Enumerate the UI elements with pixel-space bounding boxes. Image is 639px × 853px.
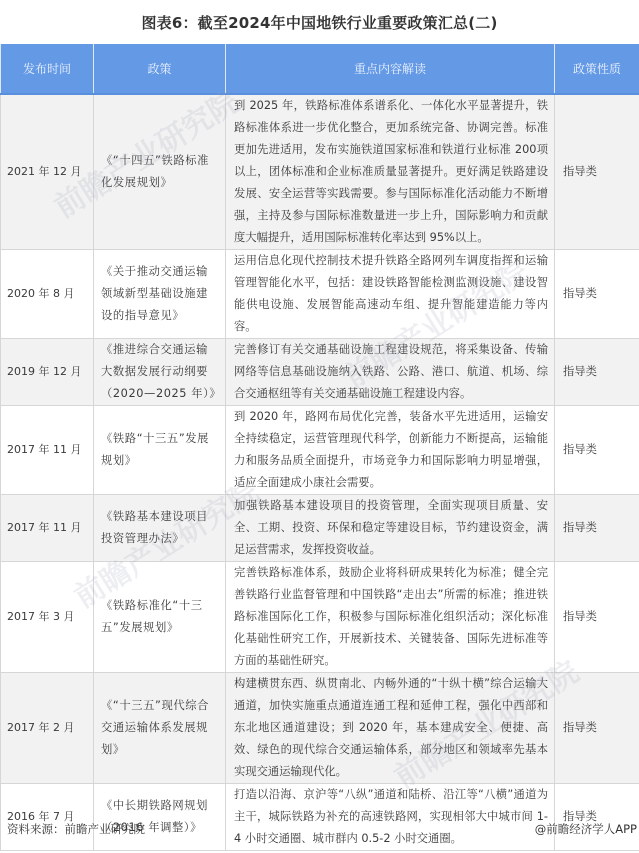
- cell-nature: 指导类: [555, 250, 639, 339]
- cell-date: 2017 年 3 月: [1, 562, 94, 673]
- cell-policy: 《关于推动交通运输领域新型基础设施建设的指导意见》: [94, 250, 226, 339]
- cell-date: 2017 年 11 月: [1, 495, 94, 562]
- header-date: 发布时间: [1, 44, 94, 94]
- table-row: 2021 年 12 月 《“十四五”铁路标准化发展规划》 到 2025 年，铁路…: [1, 94, 639, 250]
- cell-content: 构建横贯东西、纵贯南北、内畅外通的“十纵十横”综合运输大通道，加快实施重点通道连…: [226, 673, 555, 784]
- policy-table: 发布时间 政策 重点内容解读 政策性质 2021 年 12 月 《“十四五”铁路…: [0, 44, 639, 851]
- cell-content: 运用信息化现代控制技术提升铁路全路网列车调度指挥和运输管理智能化水平，包括：建设…: [226, 250, 555, 339]
- table-row: 2019 年 12 月 《推进综合交通运输大数据发展行动纲要（2020—2025…: [1, 339, 639, 406]
- table-row: 2017 年 11 月 《铁路“十三五”发展规划》 到 2020 年，路网布局优…: [1, 406, 639, 495]
- footer: 资料来源：前瞻产业研究院 @前瞻经济学人APP: [0, 815, 639, 851]
- cell-content: 到 2025 年，铁路标准体系谱系化、一体化水平显著提升，铁路标准体系进一步优化…: [226, 94, 555, 250]
- table-row: 2017 年 11 月 《铁路基本建设项目投资管理办法》 加强铁路基本建设项目的…: [1, 495, 639, 562]
- cell-content: 加强铁路基本建设项目的投资管理，全面实现项目质量、安全、工期、投资、环保和稳定等…: [226, 495, 555, 562]
- credit-note: @前瞻经济学人APP: [535, 821, 637, 837]
- cell-date: 2017 年 11 月: [1, 406, 94, 495]
- chart-title: 图表6：截至2024年中国地铁行业重要政策汇总(二): [0, 0, 639, 44]
- cell-date: 2021 年 12 月: [1, 94, 94, 250]
- cell-nature: 指导类: [555, 495, 639, 562]
- cell-content: 到 2020 年，路网布局优化完善，装备水平先进适用，运输安全持续稳定，运营管理…: [226, 406, 555, 495]
- table-row: 2017 年 2 月 《“十三五”现代综合交通运输体系发展规划》 构建横贯东西、…: [1, 673, 639, 784]
- table-header-row: 发布时间 政策 重点内容解读 政策性质: [1, 44, 639, 94]
- cell-policy: 《铁路“十三五”发展规划》: [94, 406, 226, 495]
- cell-nature: 指导类: [555, 339, 639, 406]
- cell-nature: 指导类: [555, 562, 639, 673]
- cell-date: 2020 年 8 月: [1, 250, 94, 339]
- table-row: 2017 年 3 月 《铁路标准化“十三五”发展规划》 完善铁路标准体系，鼓励企…: [1, 562, 639, 673]
- cell-nature: 指导类: [555, 94, 639, 250]
- cell-nature: 指导类: [555, 406, 639, 495]
- cell-policy: 《铁路标准化“十三五”发展规划》: [94, 562, 226, 673]
- cell-content: 完善铁路标准体系，鼓励企业将科研成果转化为标准；健全完善铁路行业监督管理和中国铁…: [226, 562, 555, 673]
- cell-nature: 指导类: [555, 673, 639, 784]
- table-row: 2020 年 8 月 《关于推动交通运输领域新型基础设施建设的指导意见》 运用信…: [1, 250, 639, 339]
- cell-policy: 《“十三五”现代综合交通运输体系发展规划》: [94, 673, 226, 784]
- header-content: 重点内容解读: [226, 44, 555, 94]
- header-policy: 政策: [94, 44, 226, 94]
- source-note: 资料来源：前瞻产业研究院: [7, 821, 145, 837]
- cell-date: 2019 年 12 月: [1, 339, 94, 406]
- cell-policy: 《推进综合交通运输大数据发展行动纲要（2020—2025 年）》: [94, 339, 226, 406]
- header-nature: 政策性质: [555, 44, 639, 94]
- cell-policy: 《铁路基本建设项目投资管理办法》: [94, 495, 226, 562]
- cell-policy: 《“十四五”铁路标准化发展规划》: [94, 94, 226, 250]
- cell-date: 2017 年 2 月: [1, 673, 94, 784]
- cell-content: 完善修订有关交通基础设施工程建设规范，将采集设备、传输网络等信息基础设施纳入铁路…: [226, 339, 555, 406]
